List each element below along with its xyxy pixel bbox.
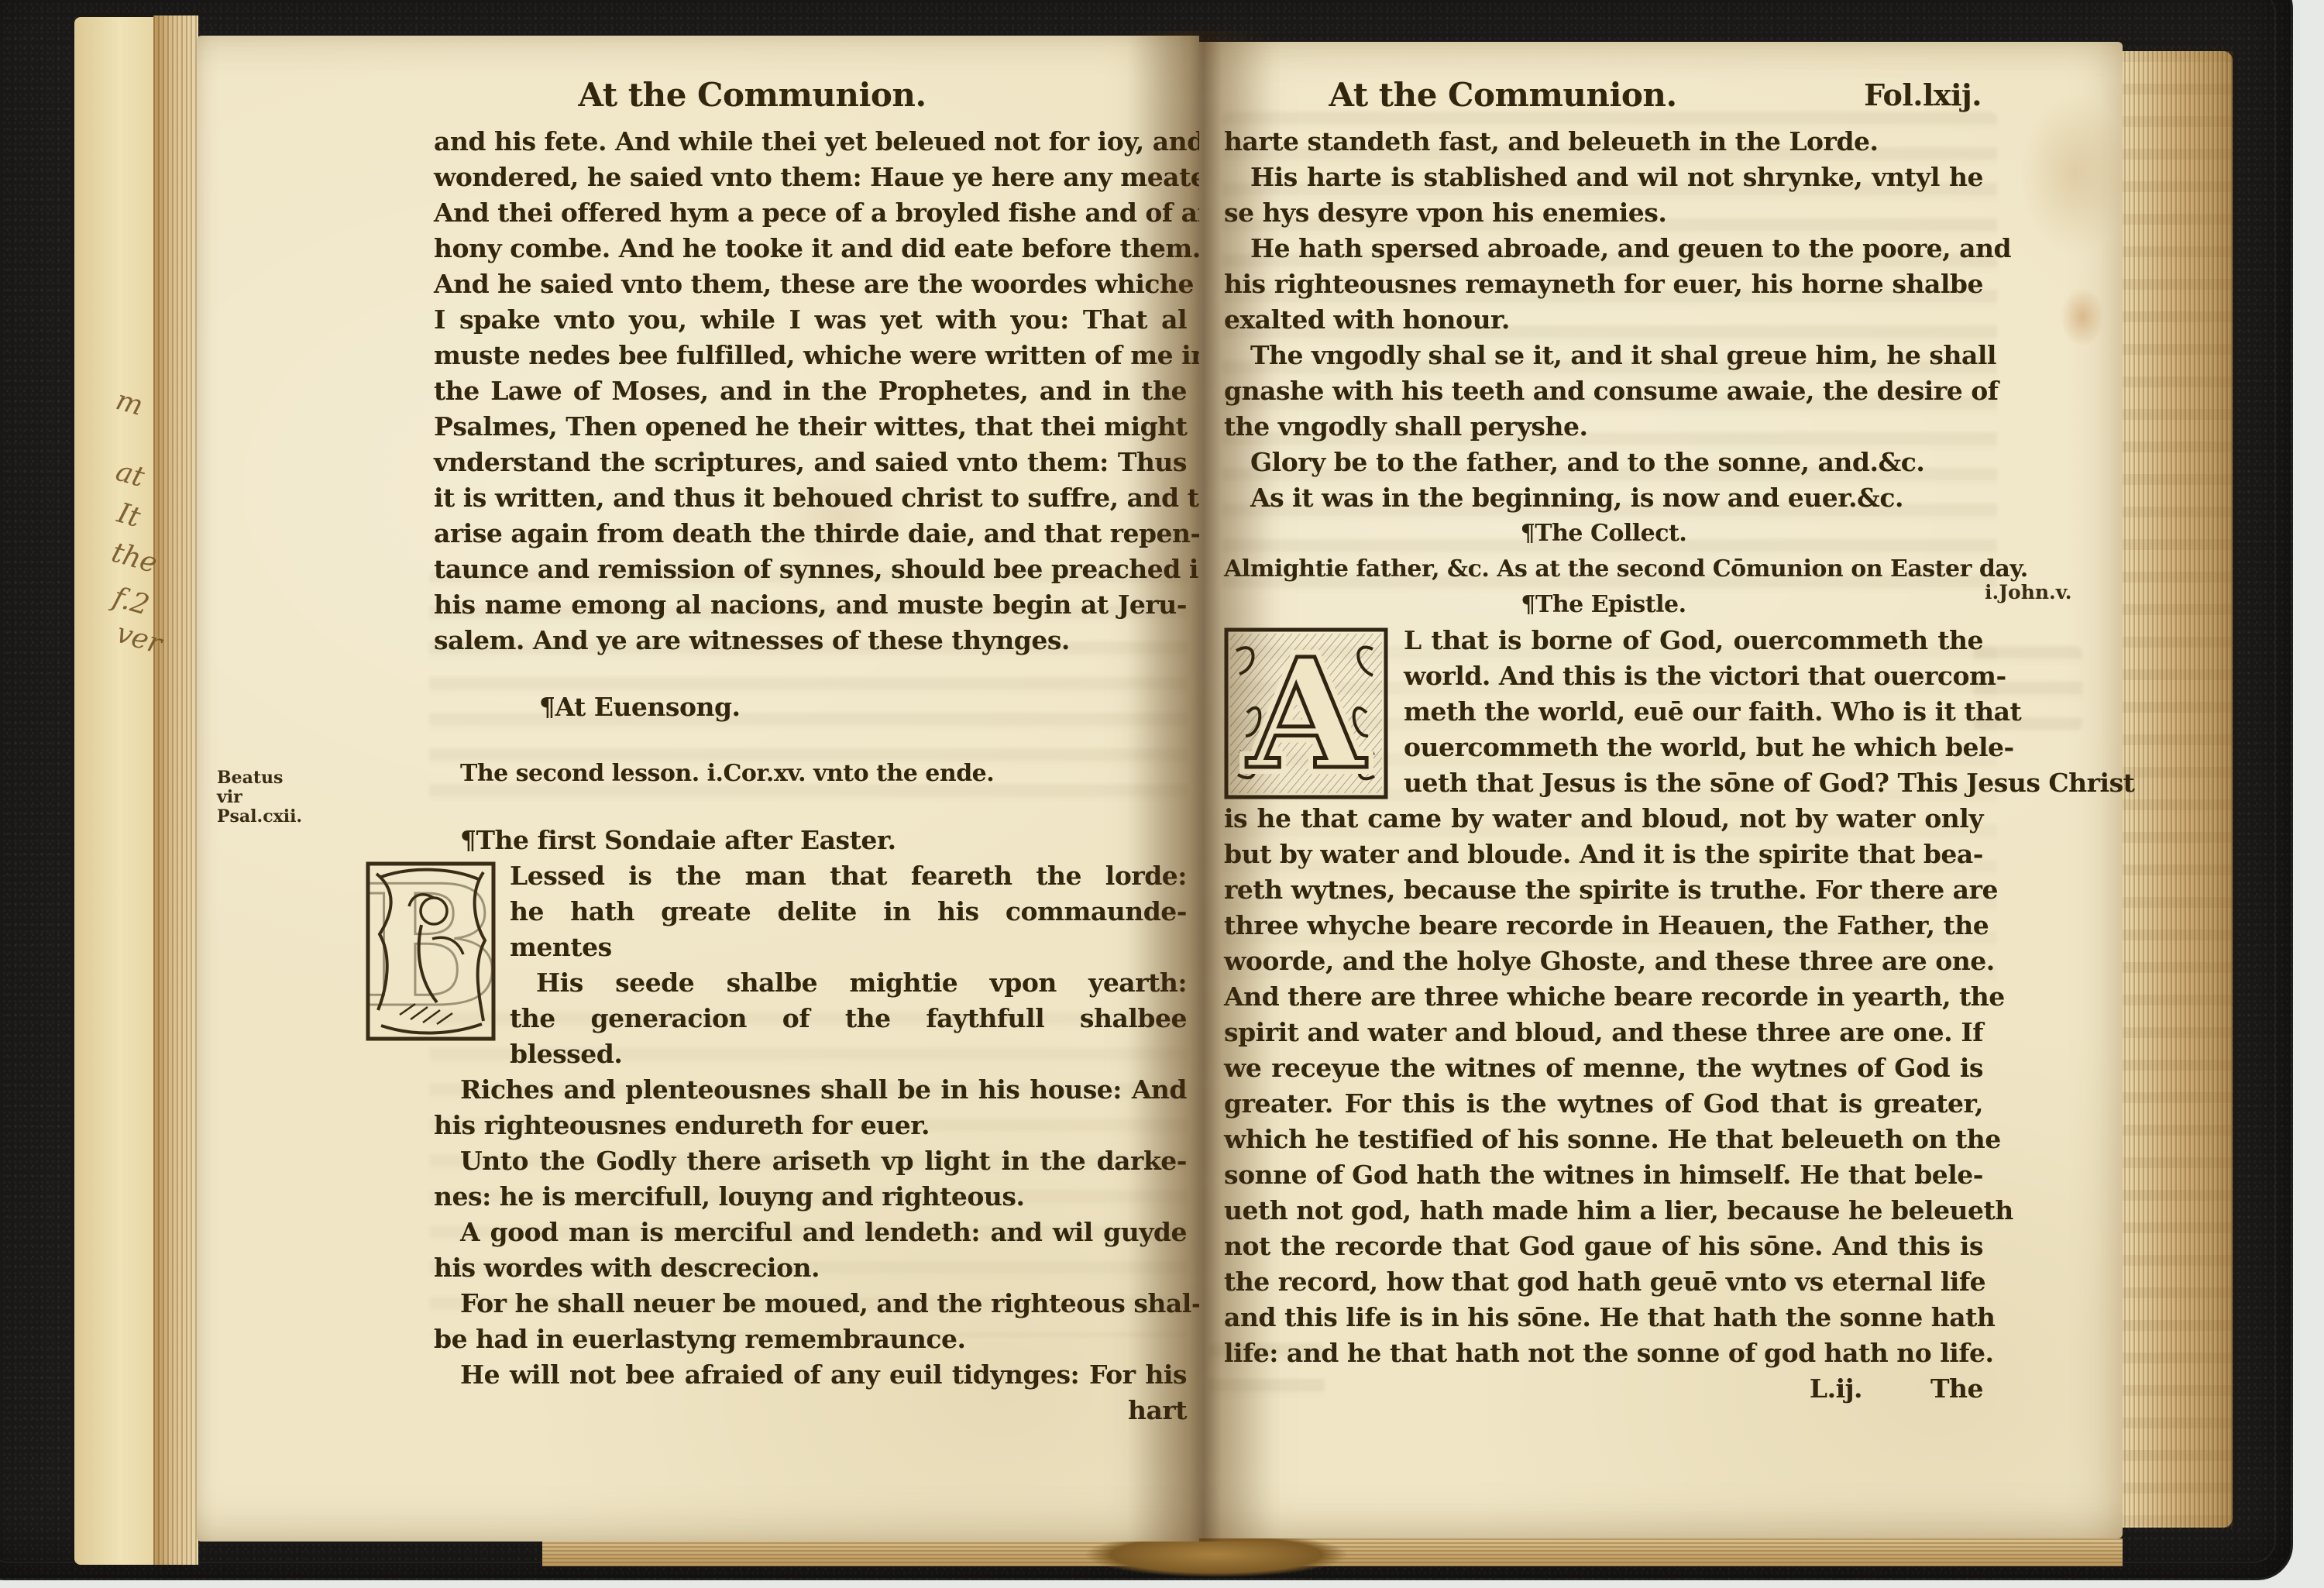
text-line: ueth not god, hath made him a lier, beca… (1224, 1193, 1983, 1229)
photo-of-open-book: m at It the f.2 ver Beatus vir Psal.cxii… (0, 0, 2324, 1588)
text-line: it is written, and thus it behoued chris… (434, 480, 1187, 516)
text-line: His harte is stablished and wil not shry… (1224, 160, 1983, 195)
epistle-section: A A L that is borne of God, ouercommeth … (1224, 623, 1983, 1407)
text-line: The vngodly shal se it, and it shal greu… (1224, 338, 1983, 373)
text-line: Almightie father, &c. As at the second C… (1224, 552, 1983, 587)
text-line: Lessed is the man that feareth the lorde… (434, 858, 1187, 894)
text-line: arise again from death the thirde daie, … (434, 516, 1187, 552)
margin-note-epistle-reference: i.John.v. (1985, 583, 2116, 602)
running-header: At the Communion. (434, 73, 1187, 118)
psalm-section: B Lessed is the man that feareth the lor… (434, 858, 1187, 1428)
text-line: Unto the Godly there ariseth vp light in… (434, 1143, 1187, 1179)
text-line: the record, how that god hath geuē vnto … (1224, 1264, 1983, 1300)
folio-number: Fol.lxij. (1864, 73, 1982, 118)
flyleaf (74, 17, 158, 1565)
text-line: which he testified of his sonne. He that… (1224, 1122, 1983, 1157)
text-line: sonne of God hath the witnes in himself.… (1224, 1157, 1983, 1193)
text-line: vnderstand the scriptures, and saied vnt… (434, 445, 1187, 480)
text-line: mentes (434, 930, 1187, 965)
text-line: we receyue the witnes of menne, the wytn… (1224, 1050, 1983, 1086)
text-line: He will not bee afraied of any euil tidy… (434, 1357, 1187, 1393)
initial-letter: A (1246, 627, 1367, 799)
text-line: taunce and remission of synnes, should b… (434, 552, 1187, 587)
text-line: The second lesson. i.Cor.xv. vnto the en… (434, 756, 1187, 792)
text-line: For he shall neuer be moued, and the rig… (434, 1286, 1187, 1322)
text-line: ¶The Epistle. (1224, 587, 1983, 623)
text-line: And thei offered hym a pece of a broyled… (434, 195, 1187, 231)
text-line: se hys desyre vpon his enemies. (1224, 195, 1983, 231)
text-line: spirit and water and bloud, and these th… (1224, 1015, 1983, 1050)
text-line: L.ij. The (1224, 1371, 1983, 1407)
text-line: And there are three whiche beare recorde… (1224, 979, 1983, 1015)
page-edges-right (2119, 51, 2233, 1528)
text-line (434, 792, 1187, 823)
text-line: woorde, and the holye Ghoste, and these … (1224, 944, 1983, 979)
right-page: i.John.v. At the Communion. Fol.lxij. ha… (1199, 42, 2123, 1538)
psalm-lines: Lessed is the man that feareth the lorde… (434, 858, 1187, 1428)
text-line: his name emong al nacions, and muste beg… (434, 587, 1187, 623)
text-line: his righteousnes remayneth for euer, his… (1224, 266, 1983, 302)
page-edges-left (153, 15, 198, 1565)
gospel-lesson-paragraph: and his fete. And while thei yet beleued… (434, 124, 1187, 658)
text-line: muste nedes bee fulfilled, whiche were w… (434, 338, 1187, 373)
text-line: As it was in the beginning, is now and e… (1224, 480, 1983, 516)
text-line: and this life is in his sōne. He that ha… (1224, 1300, 1983, 1335)
text-line: blessed. (434, 1036, 1187, 1072)
text-line: and his fete. And while thei yet beleued… (434, 124, 1187, 160)
left-page: Beatus vir Psal.cxii. At the Communion. … (197, 36, 1199, 1542)
left-page-text: At the Communion. and his fete. And whil… (434, 73, 1187, 1428)
woodcut-initial-B: B (366, 861, 496, 1041)
rubric-headings: ¶At Euensong.The second lesson. i.Cor.xv… (434, 658, 1187, 858)
running-header-row: At the Communion. Fol.lxij. (1224, 73, 1983, 121)
text-line: he hath greate delite in his commaunde- (434, 894, 1187, 930)
psalm-continuation: harte standeth fast, and beleueth in the… (1224, 124, 1983, 623)
margin-note-line: Psal.cxii. (217, 807, 310, 827)
text-line: hart (434, 1393, 1187, 1428)
text-line: I spake vnto you, while I was yet with y… (434, 302, 1187, 338)
text-line: Riches and plenteousnes shall be in his … (434, 1072, 1187, 1108)
text-line: gnashe with his teeth and consume awaie,… (1224, 373, 1983, 409)
text-line: not the recorde that God gaue of his sōn… (1224, 1229, 1983, 1264)
text-line: be had in euerlastyng remembraunce. (434, 1322, 1187, 1357)
woodcut-initial-A: A A (1224, 627, 1388, 799)
text-line: the generacion of the faythfull shalbee (434, 1001, 1187, 1036)
text-line: exalted with honour. (1224, 302, 1983, 338)
text-line: He hath spersed abroade, and geuen to th… (1224, 231, 1983, 266)
text-line: ¶The Collect. (1224, 516, 1983, 552)
text-line: A good man is merciful and lendeth: and … (434, 1215, 1187, 1250)
margin-note-line: Beatus vir (217, 768, 310, 807)
text-line: His seede shalbe mightie vpon yearth: (434, 965, 1187, 1001)
text-line: Glory be to the father, and to the sonne… (1224, 445, 1983, 480)
text-line: his wordes with descrecion. (434, 1250, 1187, 1286)
text-line: life: and he that hath not the sonne of … (1224, 1335, 1983, 1371)
text-line: ¶The first Sondaie after Easter. (434, 823, 1187, 858)
text-line: but by water and bloude. And it is the s… (1224, 837, 1983, 872)
text-line: nes: he is mercifull, louyng and righteo… (434, 1179, 1187, 1215)
text-line (434, 725, 1187, 756)
text-line: harte standeth fast, and beleueth in the… (1224, 124, 1983, 160)
text-line: Psalmes, Then opened he their wittes, th… (434, 409, 1187, 445)
text-line: ¶At Euensong. (434, 689, 1187, 725)
running-header-row: At the Communion. (434, 73, 1187, 121)
text-line: reth wytnes, because the spirite is trut… (1224, 872, 1983, 908)
margin-note-psalm-reference: Beatus vir Psal.cxii. (217, 768, 310, 827)
text-line: his righteousnes endureth for euer. (434, 1108, 1187, 1143)
text-line: salem. And ye are witnesses of these thy… (434, 623, 1187, 658)
stain (2051, 274, 2113, 359)
right-page-text: At the Communion. Fol.lxij. harte stande… (1224, 73, 1983, 1407)
text-line: the vngodly shall peryshe. (1224, 409, 1983, 445)
text-line: is he that came by water and bloud, not … (1224, 801, 1983, 837)
text-line: greater. For this is the wytnes of God t… (1224, 1086, 1983, 1122)
text-line: And he saied vnto them, these are the wo… (434, 266, 1187, 302)
text-line: three whyche beare recorde in Heauen, th… (1224, 908, 1983, 944)
text-line: wondered, he saied vnto them: Haue ye he… (434, 160, 1187, 195)
text-line: the Lawe of Moses, and in the Prophetes,… (434, 373, 1187, 409)
text-line (434, 658, 1187, 689)
text-line: hony combe. And he tooke it and did eate… (434, 231, 1187, 266)
